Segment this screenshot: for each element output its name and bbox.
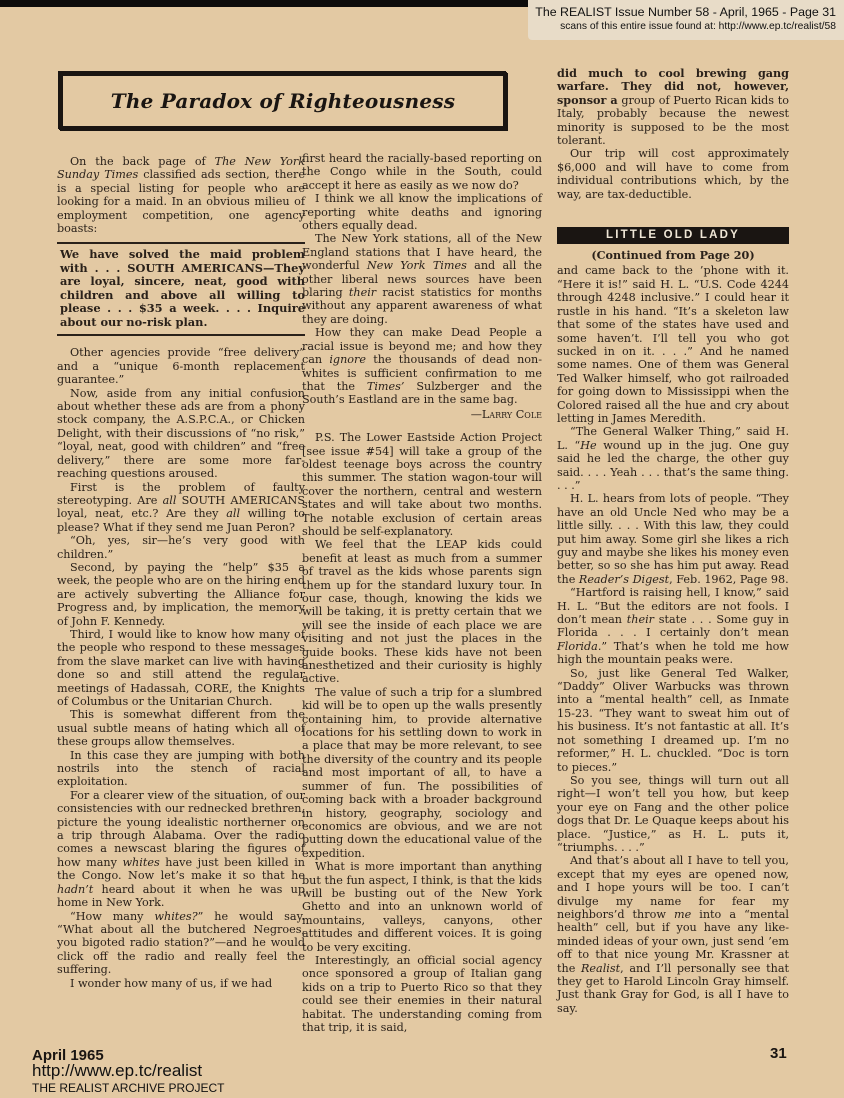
paragraph: I wonder how many of us, if we had	[57, 977, 305, 990]
paragraph: I think we all know the implications of …	[302, 192, 542, 232]
archive-link-text: scans of this entire issue found at: htt…	[528, 20, 836, 33]
paragraph: first heard the racially-based reporting…	[302, 152, 542, 192]
paragraph: What is more important than anything but…	[302, 860, 542, 954]
paragraph: Interestingly, an official social agency…	[302, 954, 542, 1034]
paragraph: For a clearer view of the situation, of …	[57, 789, 305, 910]
paragraph: Other agencies provide “free delivery” a…	[57, 346, 305, 386]
paragraph: P.S. The Lower Eastside Action Project […	[302, 431, 542, 538]
paragraph: In this case they are jumping with both …	[57, 749, 305, 789]
paragraph: Our trip will cost approximately $6,000 …	[557, 147, 789, 201]
paragraph: H. L. hears from lots of people. “They h…	[557, 492, 789, 586]
archive-url: http://www.ep.tc/realist	[32, 1061, 202, 1081]
article-title: The Paradox of Righteousness	[111, 89, 455, 113]
paragraph: On the back page of The New York Sunday …	[57, 155, 305, 235]
paragraph: “How many whites?” he would say. “What a…	[57, 910, 305, 977]
quoted-ad: We have solved the maid problem with . .…	[57, 242, 305, 336]
paragraph: We feel that the LEAP kids could benefit…	[302, 538, 542, 685]
paragraph: So, just like General Ted Walker, “Daddy…	[557, 667, 789, 774]
paragraph: First is the problem of faulty stereotyp…	[57, 481, 305, 535]
paragraph: Second, by paying the “help” $35 a week,…	[57, 561, 305, 628]
article-title-box: The Paradox of Righteousness	[59, 72, 507, 130]
paragraph: This is somewhat different from the usua…	[57, 708, 305, 748]
author-signature: —Larry Cole	[302, 408, 542, 421]
paragraph: And that’s about all I have to tell you,…	[557, 854, 789, 1015]
archive-project-label: THE REALIST ARCHIVE PROJECT	[32, 1081, 225, 1095]
archive-header: The REALIST Issue Number 58 - April, 196…	[528, 0, 844, 40]
column-2: first heard the racially-based reporting…	[302, 152, 542, 1034]
paragraph: did much to cool brewing gang warfare. T…	[557, 67, 789, 147]
column-3: did much to cool brewing gang warfare. T…	[557, 67, 789, 1015]
paragraph: How they can make Dead People a racial i…	[302, 326, 542, 406]
page-number: 31	[770, 1045, 787, 1062]
paragraph: The New York stations, all of the New En…	[302, 232, 542, 326]
paragraph: and came back to the ’phone with it. “He…	[557, 264, 789, 425]
paragraph: “Oh, yes, sir—he’s very good with childr…	[57, 534, 305, 561]
paragraph: The value of such a trip for a slumbred …	[302, 686, 542, 860]
paragraph: “Hartford is raising hell, I know,” said…	[557, 586, 789, 666]
paragraph: “The General Walker Thing,” said H. L. “…	[557, 425, 789, 492]
section-heading-bar: LITTLE OLD LADY	[557, 227, 789, 244]
continued-note: (Continued from Page 20)	[557, 249, 789, 262]
paragraph: Now, aside from any initial confusion ab…	[57, 387, 305, 481]
paragraph: Third, I would like to know how many of …	[57, 628, 305, 708]
column-1: On the back page of The New York Sunday …	[57, 155, 305, 990]
issue-info: The REALIST Issue Number 58 - April, 196…	[528, 4, 836, 20]
paragraph: So you see, things will turn out all rig…	[557, 774, 789, 854]
